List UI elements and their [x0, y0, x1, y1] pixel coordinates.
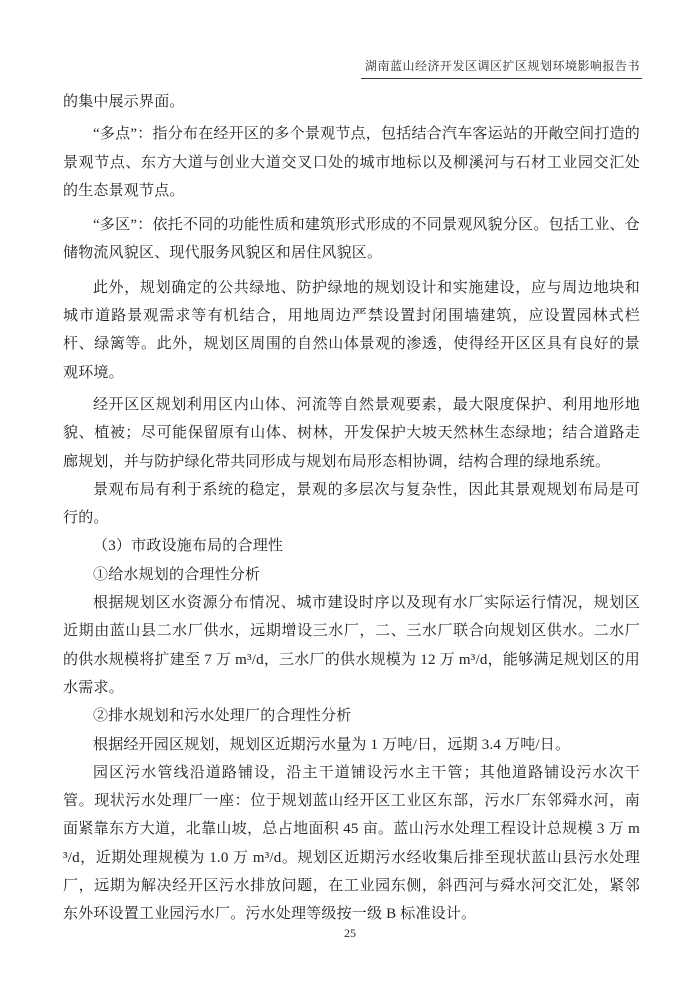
paragraph: 此外，规划确定的公共绿地、防护绿地的规划设计和实施建设，应与周边地块和城市道路景… [63, 274, 640, 387]
document-page: 湖南蓝山经济开发区调区扩区规划环境影响报告书 的集中展示界面。 “多点”：指分布… [0, 0, 700, 990]
sub-heading: ②排水规划和污水处理厂的合理性分析 [63, 702, 640, 730]
paragraph: 根据规划区水资源分布情况、城市建设时序以及现有水厂实际运行情况，规划区近期由蓝山… [63, 589, 640, 702]
paragraph: 经开区区规划利用区内山体、河流等自然景观要素，最大限度保护、利用地形地貌、植被；… [63, 391, 640, 476]
paragraph: 根据经开园区规划，规划区近期污水量为 1 万吨/日，远期 3.4 万吨/日。 [63, 731, 640, 759]
sub-heading: ①给水规划的合理性分析 [63, 561, 640, 589]
page-number: 25 [344, 926, 356, 940]
report-title: 湖南蓝山经济开发区调区扩区规划环境影响报告书 [361, 57, 642, 79]
paragraph: “多区”：依托不同的功能性质和建筑形式形成的不同景观风貌分区。包括工业、仓储物流… [63, 211, 640, 268]
paragraph: “多点”：指分布在经开区的多个景观节点，包括结合汽车客运站的开敞空间打造的景观节… [63, 120, 640, 205]
section-heading: （3）市政设施布局的合理性 [63, 532, 640, 560]
paragraph: 的集中展示界面。 [63, 88, 640, 116]
paragraph: 景观布局有利于系统的稳定，景观的多层次与复杂性，因此其景观规划布局是可行的。 [63, 476, 640, 533]
document-body: 的集中展示界面。 “多点”：指分布在经开区的多个景观节点，包括结合汽车客运站的开… [63, 88, 640, 929]
page-header: 湖南蓝山经济开发区调区扩区规划环境影响报告书 [63, 57, 642, 79]
page-footer: 25 [0, 924, 700, 942]
paragraph: 园区污水管线沿道路铺设，沿主干道铺设污水主干管；其他道路铺设污水次干管。现状污水… [63, 759, 640, 929]
